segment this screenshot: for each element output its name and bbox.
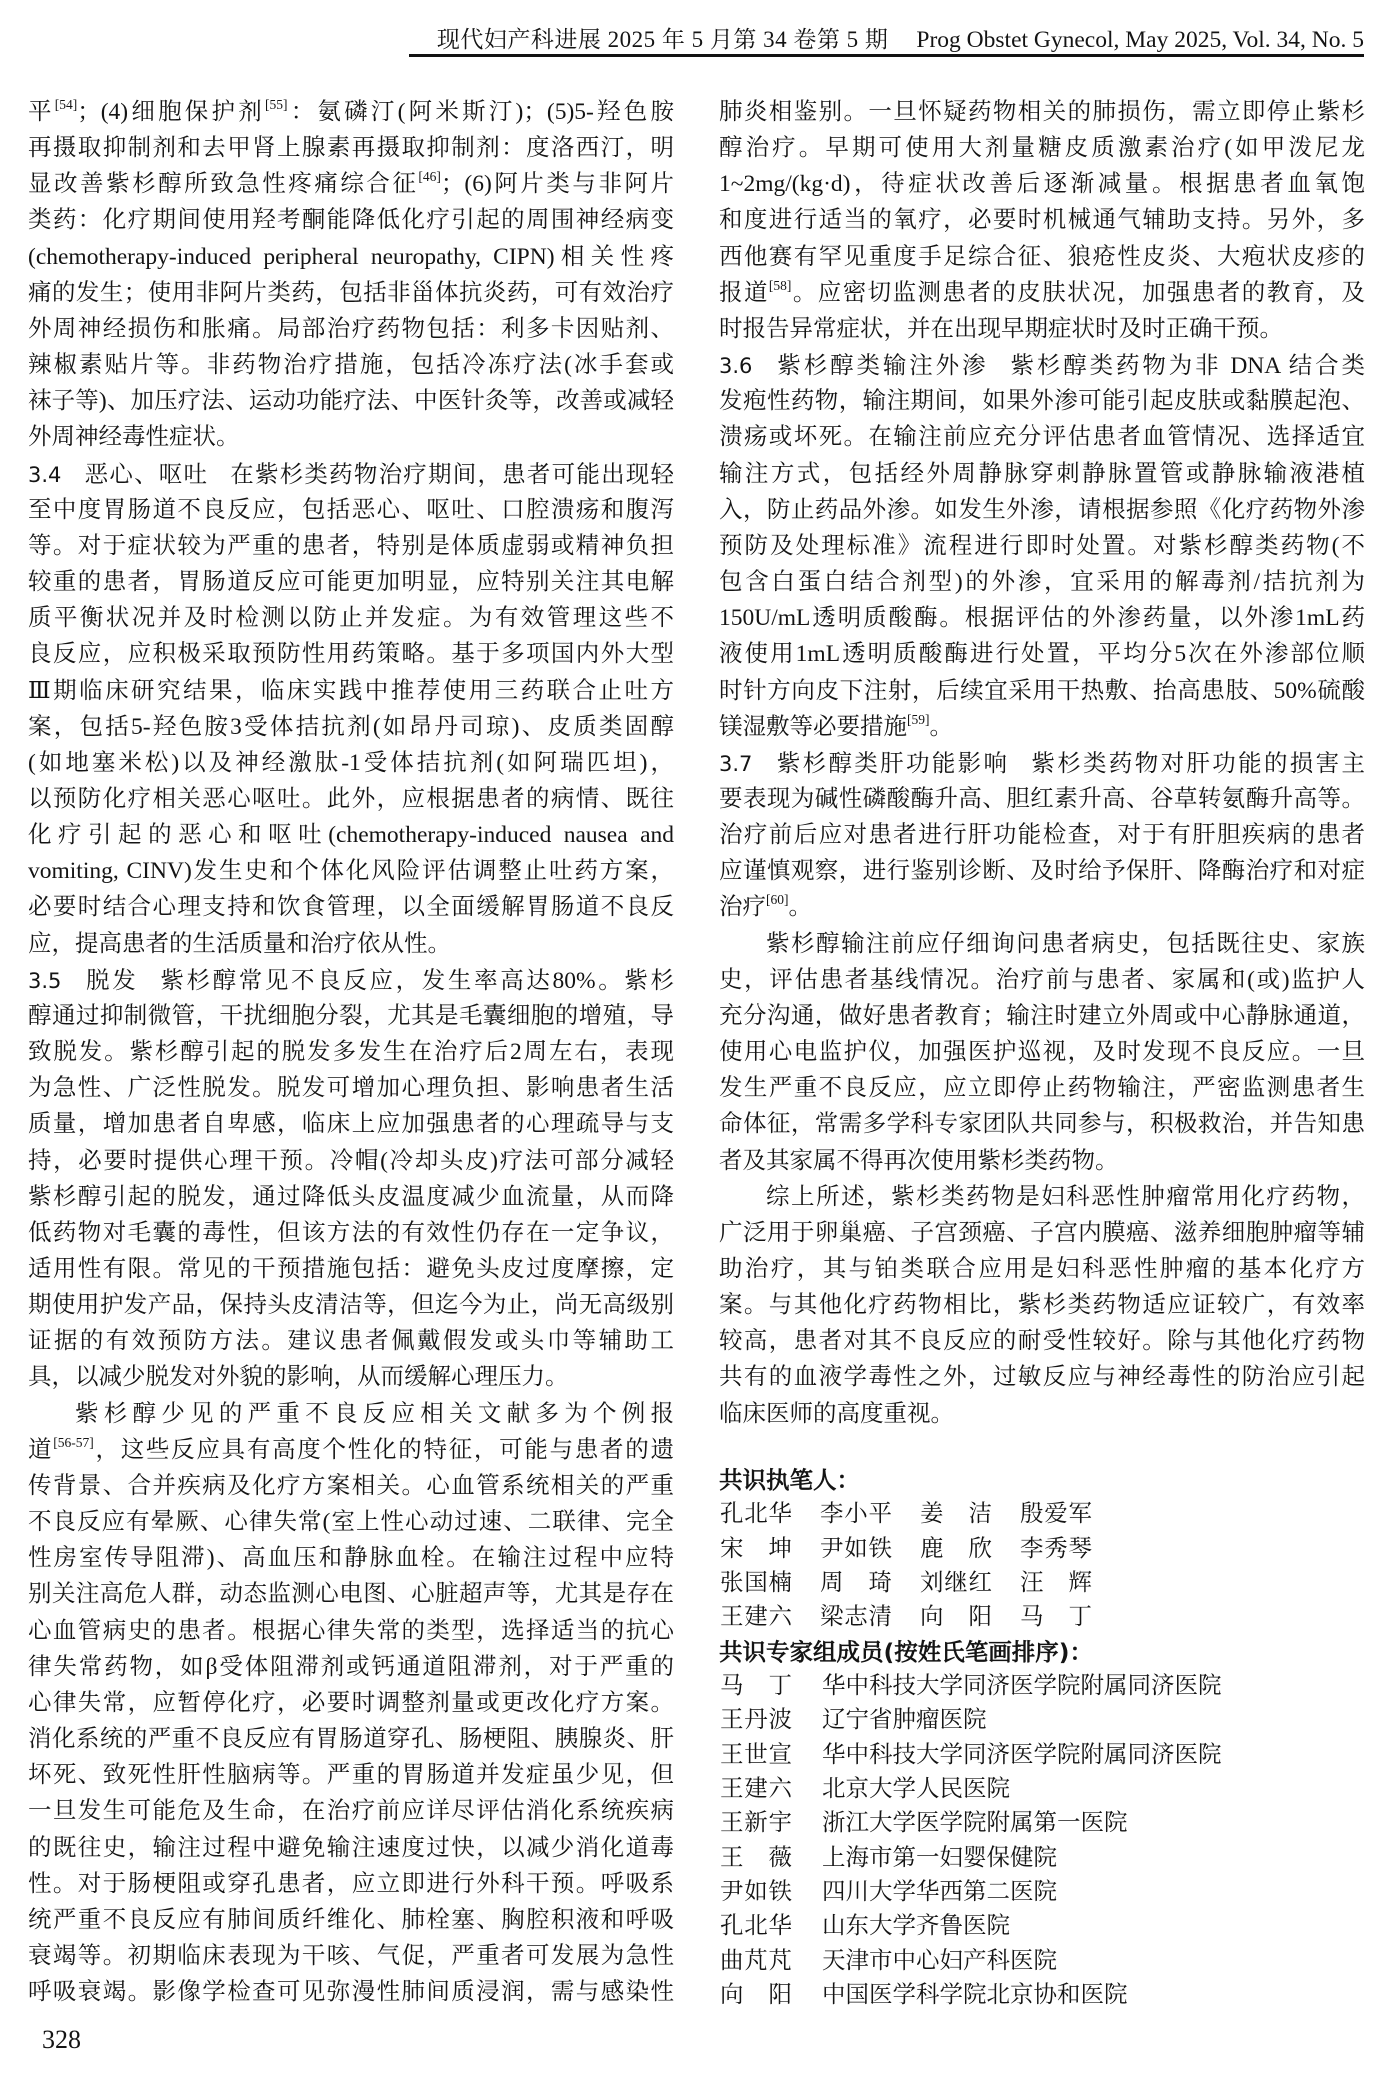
- citation-ref: [56-57]: [53, 1435, 94, 1450]
- text-line: 输注方式，包括经外周静脉穿刺静脉置管或静脉输液港植: [719, 456, 1365, 492]
- text-line: 质量，增加患者自卑感，临床上应加强患者的心理疏导与支: [28, 1106, 674, 1142]
- text-line: 紫杉醇引起的脱发，通过降低头皮温度减少血流量，从而降: [28, 1179, 674, 1215]
- writers-heading: 共识执笔人：: [719, 1463, 1365, 1497]
- consensus-authors-section: 共识执笔人： 孔北华 李小平 姜洁 殷爱军 宋坤 尹如铁 鹿欣 李秀琴 张国楠 …: [719, 1463, 1365, 2012]
- member-name: 尹如铁: [720, 1875, 792, 1909]
- text-span: ，这些反应具有高度个性化的特征，可能与患者的遗: [94, 1437, 674, 1463]
- member-name: 王建六: [720, 1772, 792, 1806]
- text-span: 在紫杉类药物治疗期间，患者可能出现轻: [230, 462, 674, 488]
- member-affiliation: 华中科技大学同济医学院附属同济医院: [822, 1669, 1222, 1703]
- member-row: 王建六 北京大学人民医院: [719, 1772, 1365, 1806]
- text-line: 和度进行适当的氧疗，必要时机械通气辅助支持。另外，多: [719, 202, 1365, 238]
- member-affiliation: 华中科技大学同济医学院附属同济医院: [822, 1738, 1222, 1772]
- text-line: 证据的有效预防方法。建议患者佩戴假发或头巾等辅助工: [28, 1323, 674, 1359]
- text-line: 治疗前后应对患者进行肝功能检查，对于有肝胆疾病的患者: [719, 817, 1365, 853]
- text-line: 化疗引起的恶心和呕吐(chemotherapy-induced nausea a…: [28, 817, 674, 853]
- writer-name: 刘继红: [920, 1566, 992, 1600]
- writer-name: 马丁: [1020, 1600, 1092, 1634]
- journal-title-cn: 现代妇产科进展 2025 年 5 月第 34 卷第 5 期: [437, 27, 889, 52]
- text-span: 显改善紫杉醇所致急性疼痛综合征: [28, 171, 418, 197]
- text-line: (如地塞米松)以及神经激肽-1受体拮抗剂(如阿瑞匹坦)，: [28, 745, 674, 781]
- text-line: 案，包括5-羟色胺3受体拮抗剂(如昂丹司琼)、皮质类固醇: [28, 709, 674, 745]
- section-heading-line: 3.6紫杉醇类输注外渗紫杉醇类药物为非 DNA 结合类: [719, 347, 1365, 383]
- writer-name: 李小平: [820, 1497, 892, 1531]
- text-line: 以预防化疗相关恶心呕吐。此外，应根据患者的病情、既往: [28, 781, 674, 817]
- writer-name: 张国楠: [720, 1566, 792, 1600]
- member-affiliation: 辽宁省肿瘤医院: [822, 1703, 987, 1737]
- member-affiliation: 四川大学华西第二医院: [822, 1875, 1057, 1909]
- member-row: 孔北华 山东大学齐鲁医院: [719, 1909, 1365, 1943]
- header-rule: [409, 54, 1364, 57]
- member-row: 王丹波 辽宁省肿瘤医院: [719, 1703, 1365, 1737]
- text-line: 发疱性药物，输注期间，如果外渗可能引起皮肤或黏膜起泡、: [719, 383, 1365, 419]
- member-name: 王新宇: [720, 1806, 792, 1840]
- right-column: 肺炎相鉴别。一旦怀疑药物相关的肺损伤，需立即停止紫杉 醇治疗。早期可使用大剂量糖…: [719, 94, 1365, 1432]
- member-row: 曲芃芃 天津市中心妇产科医院: [719, 1944, 1365, 1978]
- text-line: 必要时结合心理支持和饮食管理，以全面缓解胃肠道不良反: [28, 889, 674, 925]
- text-line: 适用性有限。常见的干预措施包括：避免头皮过度摩擦，定: [28, 1251, 674, 1287]
- text-line: 一旦发生可能危及生命，在治疗前应详尽评估消化系统疾病: [28, 1793, 674, 1829]
- member-row: 马丁 华中科技大学同济医学院附属同济医院: [719, 1669, 1365, 1703]
- text-line: 等。对于症状较为严重的患者，特别是体质虚弱或精神负担: [28, 528, 674, 564]
- text-line: 醇治疗。早期可使用大剂量糖皮质激素治疗(如甲泼尼龙: [719, 130, 1365, 166]
- writer-name: 梁志清: [820, 1600, 892, 1634]
- text-line: 性。对于肠梗阻或穿孔患者，应立即进行外科干预。呼吸系: [28, 1866, 674, 1902]
- text-line: 报道[58]。应密切监测患者的皮肤状况，加强患者的教育，及: [719, 275, 1365, 311]
- writer-name: 王建六: [720, 1600, 792, 1634]
- text-line: 痛的发生；使用非阿片类药，包括非甾体抗炎药，可有效治疗: [28, 275, 674, 311]
- text-line: 时针方向皮下注射，后续宜采用干热敷、抬高患肢、50%硫酸: [719, 673, 1365, 709]
- text-line: 坏死、致死性肝性脑病等。严重的胃肠道并发症虽少见，但: [28, 1757, 674, 1793]
- text-line: 史，评估患者基线情况。治疗前与患者、家属和(或)监护人: [719, 962, 1365, 998]
- text-span: 。应密切监测患者的皮肤状况，加强患者的教育，及: [791, 280, 1365, 306]
- paragraph-first-line: 综上所述，紫杉类药物是妇科恶性肿瘤常用化疗药物，: [719, 1179, 1365, 1215]
- section-title: 脱发: [83, 966, 138, 994]
- text-span: 紫杉醇常见不良反应，发生率高达80%。紫杉: [160, 968, 674, 994]
- text-line: 律失常药物，如β受体阻滞剂或钙通道阻滞剂，对于严重的: [28, 1649, 674, 1685]
- text-line: 溃疡或坏死。在输注前应充分评估患者血管情况、选择适宜: [719, 419, 1365, 455]
- writers-row: 宋坤 尹如铁 鹿欣 李秀琴: [719, 1532, 1365, 1566]
- member-row: 向阳 中国医学科学院北京协和医院: [719, 1978, 1365, 2012]
- member-row: 王新宇 浙江大学医学院附属第一医院: [719, 1806, 1365, 1840]
- citation-ref: [59]: [907, 712, 930, 727]
- member-affiliation: 中国医学科学院北京协和医院: [822, 1978, 1128, 2012]
- text-line: 持，必要时提供心理干预。冷帽(冷却头皮)疗法可部分减轻: [28, 1143, 674, 1179]
- text-line: 传背景、合并疾病及化疗方案相关。心血管系统相关的严重: [28, 1468, 674, 1504]
- section-number: 3.5: [28, 969, 61, 993]
- text-line: 平[54]；(4)细胞保护剂[55]：氨磷汀(阿米斯汀)；(5)5-羟色胺: [28, 94, 674, 130]
- member-name: 向阳: [720, 1978, 792, 2012]
- text-line: 时报告异常症状，并在出现早期症状时及时正确干预。: [719, 311, 1365, 347]
- citation-ref: [46]: [418, 169, 441, 184]
- text-span: 治疗: [719, 894, 766, 920]
- section-number: 3.6: [719, 354, 752, 378]
- text-line: 应，提高患者的生活质量和治疗依从性。: [28, 926, 674, 962]
- member-name: 马丁: [720, 1669, 792, 1703]
- writer-name: 鹿欣: [920, 1532, 992, 1566]
- writer-name: 姜洁: [920, 1497, 992, 1531]
- writers-row: 张国楠 周琦 刘继红 汪辉: [719, 1566, 1365, 1600]
- text-line: 预防及处理标准》流程进行即时处置。对紫杉醇类药物(不: [719, 528, 1365, 564]
- paragraph-first-line: 紫杉醇少见的严重不良反应相关文献多为个例报: [28, 1396, 674, 1432]
- text-line: 肺炎相鉴别。一旦怀疑药物相关的肺损伤，需立即停止紫杉: [719, 94, 1365, 130]
- text-line: 者及其家属不得再次使用紫杉类药物。: [719, 1143, 1365, 1179]
- text-line: 命体征，常需多学科专家团队共同参与，积极救治，并告知患: [719, 1106, 1365, 1142]
- text-line: 治疗[60]。: [719, 889, 1365, 925]
- text-line: 1~2mg/(kg·d)，待症状改善后逐渐减量。根据患者血氧饱: [719, 166, 1365, 202]
- text-line: 辣椒素贴片等。非药物治疗措施，包括冷冻疗法(冰手套或: [28, 347, 674, 383]
- writer-name: 孔北华: [720, 1497, 792, 1531]
- writer-name: 李秀琴: [1020, 1532, 1092, 1566]
- citation-ref: [60]: [766, 892, 789, 907]
- text-line: 助治疗，其与铂类联合应用是妇科恶性肿瘤的基本化疗方: [719, 1251, 1365, 1287]
- section-title: 紫杉醇类肝功能影响: [774, 749, 1009, 777]
- text-line: 显改善紫杉醇所致急性疼痛综合征[46]；(6)阿片类与非阿片: [28, 166, 674, 202]
- text-line: 类药：化疗期间使用羟考酮能降低化疗引起的周围神经病变: [28, 202, 674, 238]
- text-line: 发生严重不良反应，应立即停止药物输注，严密监测患者生: [719, 1070, 1365, 1106]
- text-line: 较高，患者对其不良反应的耐受性较好。除与其他化疗药物: [719, 1323, 1365, 1359]
- text-span: 紫杉醇类药物为非 DNA 结合类: [1010, 353, 1365, 379]
- section-title: 紫杉醇类输注外渗: [774, 351, 988, 379]
- text-line: 的既往史，输注过程中避免输注速度过快，以减少消化道毒: [28, 1830, 674, 1866]
- section-heading-line: 3.4恶心、呕吐在紫杉类药物治疗期间，患者可能出现轻: [28, 456, 674, 492]
- text-line: 共有的血液学毒性之外，过敏反应与神经毒性的防治应引起: [719, 1359, 1365, 1395]
- section-title: 恶心、呕吐: [83, 460, 208, 488]
- text-span: 。: [930, 714, 954, 740]
- text-span: 平: [28, 99, 55, 125]
- text-line: 使用心电监护仪，加强医护巡视，及时发现不良反应。一旦: [719, 1034, 1365, 1070]
- section-heading-line: 3.7紫杉醇类肝功能影响紫杉类药物对肝功能的损害主: [719, 745, 1365, 781]
- text-span: 。: [789, 894, 813, 920]
- text-line: 充分沟通，做好患者教育；输注时建立外周或中心静脉通道，: [719, 998, 1365, 1034]
- text-line: vomiting, CINV)发生史和个体化风险评估调整止吐药方案，: [28, 853, 674, 889]
- text-line: 别关注高危人群，动态监测心电图、心脏超声等，尤其是存在: [28, 1576, 674, 1612]
- text-line: 要表现为碱性磷酸酶升高、胆红素升高、谷草转氨酶升高等。: [719, 781, 1365, 817]
- text-line: 外周神经损伤和胀痛。局部治疗药物包括：利多卡因贴剂、: [28, 311, 674, 347]
- member-name: 曲芃芃: [720, 1944, 792, 1978]
- paragraph-first-line: 紫杉醇输注前应仔细询问患者病史，包括既往史、家族: [719, 926, 1365, 962]
- text-line: 外周神经毒性症状。: [28, 419, 674, 455]
- text-span: 镁湿敷等必要措施: [719, 714, 907, 740]
- member-row: 王薇 上海市第一妇婴保健院: [719, 1841, 1365, 1875]
- member-name: 王薇: [720, 1841, 792, 1875]
- text-line: 袜子等)、加压疗法、运动功能疗法、中医针灸等，改善或减轻: [28, 383, 674, 419]
- text-line: 道[56-57]，这些反应具有高度个性化的特征，可能与患者的遗: [28, 1432, 674, 1468]
- writer-name: 宋坤: [720, 1532, 792, 1566]
- section-heading-line: 3.5脱发紫杉醇常见不良反应，发生率高达80%。紫杉: [28, 962, 674, 998]
- text-span: ；(4)细胞保护剂: [77, 99, 265, 125]
- member-affiliation: 天津市中心妇产科医院: [822, 1944, 1057, 1978]
- text-line: 心律失常，应暂停化疗，必要时调整剂量或更改化疗方案。: [28, 1685, 674, 1721]
- text-line: 至中度胃肠道不良反应，包括恶心、呕吐、口腔溃疡和腹泻: [28, 492, 674, 528]
- text-span: ；(6)阿片类与非阿片: [441, 171, 674, 197]
- member-affiliation: 上海市第一妇婴保健院: [822, 1841, 1057, 1875]
- writer-name: 周琦: [820, 1566, 892, 1600]
- text-line: 心血管病史的患者。根据心律失常的类型，选择适当的抗心: [28, 1613, 674, 1649]
- text-line: 低药物对毛囊的毒性，但该方法的有效性仍存在一定争议，: [28, 1215, 674, 1251]
- text-line: 镁湿敷等必要措施[59]。: [719, 709, 1365, 745]
- text-line: Ⅲ期临床研究结果，临床实践中推荐使用三药联合止吐方: [28, 673, 674, 709]
- writers-row: 王建六 梁志清 向阳 马丁: [719, 1600, 1365, 1634]
- text-line: 致脱发。紫杉醇引起的脱发多发生在治疗后2周左右，表现: [28, 1034, 674, 1070]
- text-line: 应谨慎观察，进行鉴别诊断、及时给予保肝、降酶治疗和对症: [719, 853, 1365, 889]
- text-line: 再摄取抑制剂和去甲肾上腺素再摄取抑制剂：度洛西汀，明: [28, 130, 674, 166]
- member-name: 孔北华: [720, 1909, 792, 1943]
- text-line: 呼吸衰竭。影像学检查可见弥漫性肺间质浸润，需与感染性: [28, 1974, 674, 2010]
- left-column: 平[54]；(4)细胞保护剂[55]：氨磷汀(阿米斯汀)；(5)5-羟色胺 再摄…: [28, 94, 674, 2010]
- text-line: 广泛用于卵巢癌、子宫颈癌、子宫内膜癌、滋养细胞肿瘤等辅: [719, 1215, 1365, 1251]
- text-line: 临床医师的高度重视。: [719, 1396, 1365, 1432]
- text-line: 为急性、广泛性脱发。脱发可增加心理负担、影响患者生活: [28, 1070, 674, 1106]
- writer-name: 尹如铁: [820, 1532, 892, 1566]
- text-span: 报道: [719, 280, 769, 306]
- text-line: (chemotherapy-induced peripheral neuropa…: [28, 239, 674, 275]
- text-line: 入，防止药品外渗。如发生外渗，请根据参照《化疗药物外渗: [719, 492, 1365, 528]
- text-line: 质平衡状况并及时检测以防止并发症。为有效管理这些不: [28, 600, 674, 636]
- writer-name: 向阳: [920, 1600, 992, 1634]
- text-line: 西他赛有罕见重度手足综合征、狼疮性皮炎、大疱状皮疹的: [719, 239, 1365, 275]
- member-name: 王丹波: [720, 1703, 792, 1737]
- running-header: 现代妇产科进展 2025 年 5 月第 34 卷第 5 期Prog Obstet…: [409, 25, 1364, 55]
- text-line: 具，以减少脱发对外貌的影响，从而缓解心理压力。: [28, 1359, 674, 1395]
- section-number: 3.4: [28, 463, 61, 487]
- text-line: 消化系统的严重不良反应有胃肠道穿孔、肠梗阻、胰腺炎、肝: [28, 1721, 674, 1757]
- member-affiliation: 山东大学齐鲁医院: [822, 1909, 1010, 1943]
- members-heading: 共识专家组成员(按姓氏笔画排序)：: [719, 1635, 1365, 1669]
- text-line: 包含白蛋白结合剂型)的外渗，宜采用的解毒剂/拮抗剂为: [719, 564, 1365, 600]
- text-span: 道: [28, 1437, 53, 1463]
- writer-name: 汪辉: [1020, 1566, 1092, 1600]
- writers-row: 孔北华 李小平 姜洁 殷爱军: [719, 1497, 1365, 1531]
- text-line: 较重的患者，胃肠道反应可能更加明显，应特别关注其电解: [28, 564, 674, 600]
- text-line: 期使用护发产品，保持头皮清洁等，但迄今为止，尚无高级别: [28, 1287, 674, 1323]
- text-line: 性房室传导阻滞)、高血压和静脉血栓。在输注过程中应特: [28, 1540, 674, 1576]
- text-line: 案。与其他化疗药物相比，紫杉类药物适应证较广，有效率: [719, 1287, 1365, 1323]
- text-line: 醇通过抑制微管，干扰细胞分裂，尤其是毛囊细胞的增殖，导: [28, 998, 674, 1034]
- member-affiliation: 浙江大学医学院附属第一医院: [822, 1806, 1128, 1840]
- member-affiliation: 北京大学人民医院: [822, 1772, 1010, 1806]
- citation-ref: [58]: [769, 278, 792, 293]
- member-row: 王世宣 华中科技大学同济医学院附属同济医院: [719, 1738, 1365, 1772]
- page-number: 328: [42, 2024, 81, 2056]
- member-row: 尹如铁 四川大学华西第二医院: [719, 1875, 1365, 1909]
- text-span: 紫杉类药物对肝功能的损害主: [1031, 751, 1365, 777]
- citation-ref: [55]: [265, 97, 288, 112]
- text-line: 不良反应有晕厥、心律失常(室上性心动过速、二联律、完全: [28, 1504, 674, 1540]
- writer-name: 殷爱军: [1020, 1497, 1092, 1531]
- text-line: 良反应，应积极采取预防性用药策略。基于多项国内外大型: [28, 636, 674, 672]
- citation-ref: [54]: [55, 97, 78, 112]
- section-number: 3.7: [719, 752, 752, 776]
- journal-title-en: Prog Obstet Gynecol, May 2025, Vol. 34, …: [916, 27, 1364, 53]
- text-line: 统严重不良反应有肺间质纤维化、肺栓塞、胸腔积液和呼吸: [28, 1902, 674, 1938]
- member-name: 王世宣: [720, 1738, 792, 1772]
- text-line: 衰竭等。初期临床表现为干咳、气促，严重者可发展为急性: [28, 1938, 674, 1974]
- text-line: 液使用1mL透明质酸酶进行处置，平均分5次在外渗部位顺: [719, 636, 1365, 672]
- text-span: ：氨磷汀(阿米斯汀)；(5)5-羟色胺: [287, 99, 674, 125]
- text-line: 150U/mL透明质酸酶。根据评估的外渗药量，以外渗1mL药: [719, 600, 1365, 636]
